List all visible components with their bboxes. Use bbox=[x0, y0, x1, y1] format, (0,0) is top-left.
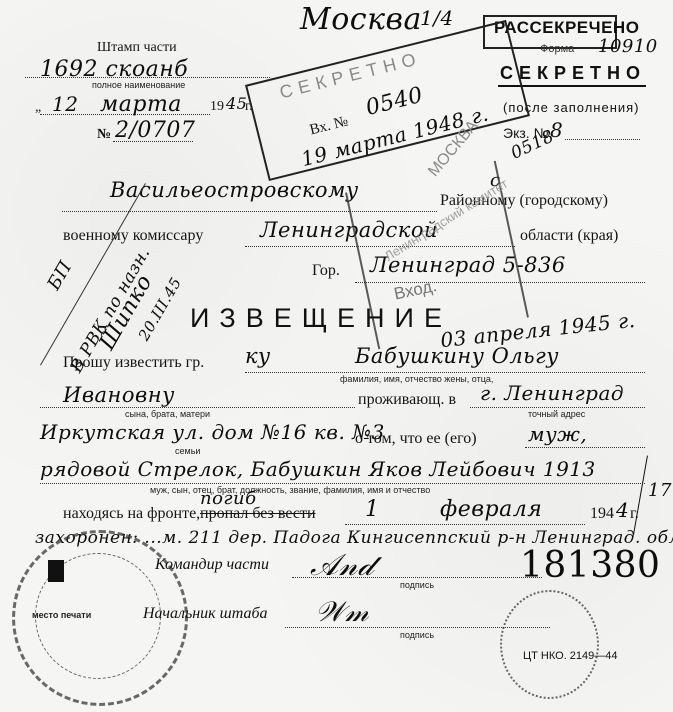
notification-document: Москва 1/4 Штамп части 1692 скоанб полно… bbox=[0, 0, 673, 712]
region-suffix: области (края) bbox=[520, 227, 618, 245]
district-handwritten: Васильеостровскому bbox=[110, 178, 359, 202]
unit-name-line bbox=[25, 77, 270, 78]
patronymic-handwritten: Ивановну bbox=[63, 383, 175, 407]
unit-stamp-label: Штамп части bbox=[97, 40, 177, 56]
request-name: Бабушкину Ольгу bbox=[355, 344, 559, 368]
relation-line bbox=[525, 447, 645, 448]
regional-stamp-text: Ленинградский комитет bbox=[382, 176, 511, 264]
date-year-prefix: 19 bbox=[210, 99, 224, 115]
request-line bbox=[245, 372, 645, 373]
unit-name-caption: полное наименование bbox=[92, 80, 185, 90]
chief-label: Начальник штаба bbox=[143, 605, 268, 623]
request-prefix: ку bbox=[245, 344, 271, 368]
archive-number: 181380 bbox=[520, 545, 660, 586]
patronymic-line bbox=[40, 407, 355, 408]
document-title: ИЗВЕЩЕНИЕ bbox=[190, 303, 452, 334]
handwritten-moscow: Москва bbox=[300, 2, 422, 37]
incoming-stamp: СЕКРЕТНО Вх. № 0540 19 марта 1948 г. bbox=[245, 20, 530, 181]
death-date-line bbox=[345, 524, 585, 525]
chief-signature: 𝒲𝓂 bbox=[315, 595, 369, 629]
commander-label: Командир части bbox=[155, 556, 269, 574]
signature-caption-1: подпись bbox=[400, 580, 434, 590]
bottom-round-stamp bbox=[500, 590, 599, 699]
commander-signature: 𝒜𝓃𝒹 bbox=[310, 548, 374, 583]
front-label: находясь на фронте, bbox=[63, 505, 200, 523]
margin-note-line1: БП bbox=[43, 257, 76, 293]
soldier-details: рядовой Стрелок, Бабушкин Яков Лейбович … bbox=[40, 457, 596, 481]
address-caption: семьи bbox=[175, 446, 200, 456]
struck-option: пропал без вести bbox=[200, 505, 316, 523]
death-year-suffix: 4 bbox=[616, 498, 629, 522]
city-label: Гор. bbox=[312, 262, 340, 280]
date-line bbox=[40, 114, 210, 115]
about-label: о том, что ее (его) bbox=[355, 430, 477, 448]
address-handwritten: Иркутская ул. дом №16 кв. №3 bbox=[40, 420, 385, 444]
date-day: 12 bbox=[52, 92, 78, 116]
residing-city: г. Ленинград bbox=[480, 381, 624, 405]
declassified-stamp: РАССЕКРЕЧЕНО bbox=[494, 18, 639, 38]
number-line bbox=[113, 141, 193, 142]
patronymic-caption: сына, брата, матери bbox=[125, 409, 210, 419]
copy-line bbox=[565, 139, 640, 140]
seal-mark bbox=[48, 560, 64, 582]
residing-label: проживающ. в bbox=[358, 391, 456, 409]
relation-handwritten: муж, bbox=[528, 422, 587, 446]
residing-caption: точный адрес bbox=[528, 409, 585, 419]
seal-place-label: место печати bbox=[32, 610, 91, 620]
death-month: февраля bbox=[440, 497, 542, 522]
death-day: 1 bbox=[365, 497, 380, 522]
death-year-prefix: 194 bbox=[590, 505, 614, 523]
handwritten-top-extra: 1/4 bbox=[420, 6, 454, 30]
number-value: 2/0707 bbox=[115, 118, 195, 143]
incoming-number: 0540 bbox=[363, 83, 425, 121]
unit-name-handwritten: 1692 скоанб bbox=[40, 57, 188, 82]
residing-line bbox=[470, 407, 645, 408]
right-margin-stroke bbox=[633, 456, 648, 535]
form-value: 10910 bbox=[598, 36, 658, 57]
regional-stamp-vhod: Вход. bbox=[392, 276, 438, 305]
secret-label: СЕКРЕТНО bbox=[500, 63, 646, 84]
form-label: Форма bbox=[540, 43, 574, 55]
right-margin-mark: 17 bbox=[648, 480, 672, 501]
number-label: № bbox=[97, 127, 111, 143]
print-code: ЦТ НКО. 2149—44 bbox=[523, 650, 618, 662]
soldier-caption: муж, сын, отец, брат, должность, звание,… bbox=[150, 485, 430, 495]
signature-caption-2: подпись bbox=[400, 630, 434, 640]
soldier-line bbox=[40, 483, 645, 484]
request-caption: фамилия, имя, отчество жены, отца, bbox=[340, 374, 493, 384]
request-label: Прошу известить гр. bbox=[63, 354, 204, 372]
